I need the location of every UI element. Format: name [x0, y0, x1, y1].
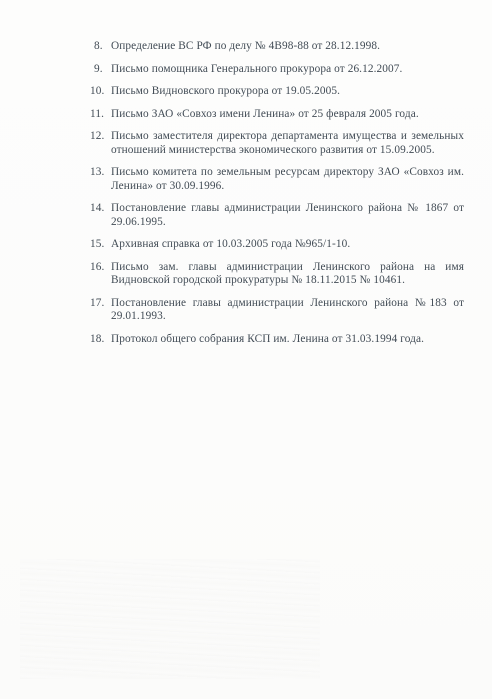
item-text: Определение ВС РФ по делу № 4В98-88 от 2…	[111, 40, 464, 54]
item-number: 18.	[90, 333, 111, 347]
item-number: 9.	[90, 63, 111, 77]
item-text: Постановление главы администрации Ленинс…	[111, 202, 464, 229]
item-number: 16.	[90, 261, 111, 275]
item-text: Письмо ЗАО «Совхоз имени Ленина» от 25 ф…	[111, 108, 464, 122]
item-number: 8.	[90, 40, 111, 54]
item-text: Письмо заместителя директора департамент…	[111, 130, 464, 157]
list-item: 13. Письмо комитета по земельным ресурса…	[90, 166, 464, 193]
list-item: 10. Письмо Видновского прокурора от 19.0…	[90, 85, 464, 99]
list-item: 15. Архивная справка от 10.03.2005 года …	[90, 238, 464, 252]
document-page: 8. Определение ВС РФ по делу № 4В98-88 о…	[0, 0, 492, 699]
scan-noise-artifact	[20, 559, 320, 679]
item-number: 12.	[90, 130, 111, 144]
list-item: 16. Письмо зам. главы администрации Лени…	[90, 261, 464, 288]
item-number: 15.	[90, 238, 111, 252]
item-text: Постановление главы администрации Ленинс…	[111, 297, 464, 324]
item-number: 14.	[90, 202, 111, 216]
list-item: 9. Письмо помощника Генерального прокуро…	[90, 63, 464, 77]
list-item: 11. Письмо ЗАО «Совхоз имени Ленина» от …	[90, 108, 464, 122]
list-item: 8. Определение ВС РФ по делу № 4В98-88 о…	[90, 40, 464, 54]
item-number: 13.	[90, 166, 111, 180]
item-text: Письмо Видновского прокурора от 19.05.20…	[111, 85, 464, 99]
item-number: 17.	[90, 297, 111, 311]
item-text: Письмо комитета по земельным ресурсам ди…	[111, 166, 464, 193]
item-number: 11.	[90, 108, 111, 122]
document-list: 8. Определение ВС РФ по делу № 4В98-88 о…	[90, 40, 464, 355]
list-item: 17. Постановление главы администрации Ле…	[90, 297, 464, 324]
item-text: Протокол общего собрания КСП им. Ленина …	[111, 333, 464, 347]
list-item: 14. Постановление главы администрации Ле…	[90, 202, 464, 229]
item-text: Письмо зам. главы администрации Ленинско…	[111, 261, 464, 288]
item-text: Письмо помощника Генерального прокурора …	[111, 63, 464, 77]
item-number: 10.	[90, 85, 111, 99]
list-item: 12. Письмо заместителя директора департа…	[90, 130, 464, 157]
list-item: 18. Протокол общего собрания КСП им. Лен…	[90, 333, 464, 347]
item-text: Архивная справка от 10.03.2005 года №965…	[111, 238, 464, 252]
